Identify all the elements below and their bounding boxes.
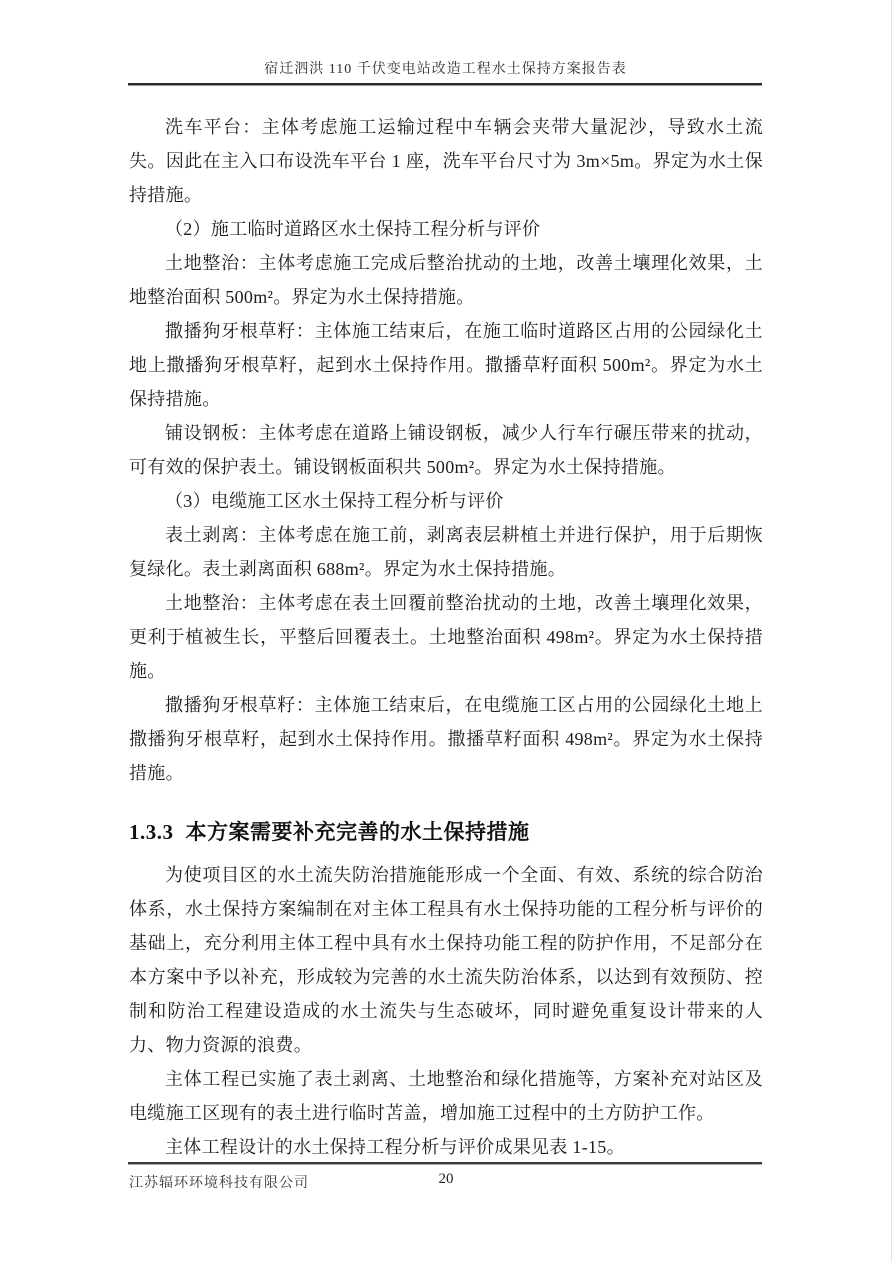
footer-rule xyxy=(128,1162,762,1165)
paragraph-land-regulation-road: 土地整治：主体考虑施工完成后整治扰动的土地，改善土壤理化效果，土地整治面积 50… xyxy=(129,246,763,314)
header-rule xyxy=(128,83,762,86)
paragraph-grass-seed-road: 撒播狗牙根草籽：主体施工结束后，在施工临时道路区占用的公园绿化土地上撒播狗牙根草… xyxy=(129,314,763,416)
paragraph-grass-seed-cable: 撒播狗牙根草籽：主体施工结束后，在电缆施工区占用的公园绿化土地上撒播狗牙根草籽，… xyxy=(129,688,763,790)
document-page: 宿迁泗洪 110 千伏变电站改造工程水土保持方案报告表 洗车平台：主体考虑施工运… xyxy=(0,0,892,1262)
paragraph-item-2-title: （2）施工临时道路区水土保持工程分析与评价 xyxy=(129,212,763,246)
paragraph-supplement-system: 为使项目区的水土流失防治措施能形成一个全面、有效、系统的综合防治体系，水土保持方… xyxy=(129,858,763,1062)
section-heading: 1.3.3本方案需要补充完善的水土保持措施 xyxy=(129,812,763,852)
paragraph-table-reference: 主体工程设计的水土保持工程分析与评价成果见表 1-15。 xyxy=(129,1130,763,1164)
paragraph-steel-plate: 铺设钢板：主体考虑在道路上铺设钢板，减少人行车行碾压带来的扰动，可有效的保护表土… xyxy=(129,416,763,484)
paragraph-land-regulation-cable: 土地整治：主体考虑在表土回覆前整治扰动的土地，改善土壤理化效果，更利于植被生长，… xyxy=(129,586,763,688)
paragraph-wash-platform: 洗车平台：主体考虑施工运输过程中车辆会夹带大量泥沙，导致水土流失。因此在主入口布… xyxy=(129,110,763,212)
document-body: 洗车平台：主体考虑施工运输过程中车辆会夹带大量泥沙，导致水土流失。因此在主入口布… xyxy=(129,110,763,1164)
section-heading-number: 1.3.3 xyxy=(129,820,174,844)
paragraph-main-project-measures: 主体工程已实施了表土剥离、土地整治和绿化措施等，方案补充对站区及电缆施工区现有的… xyxy=(129,1062,763,1130)
running-header-title: 宿迁泗洪 110 千伏变电站改造工程水土保持方案报告表 xyxy=(0,58,891,78)
footer-page-number: 20 xyxy=(0,1171,892,1188)
section-heading-title: 本方案需要补充完善的水土保持措施 xyxy=(186,820,530,844)
paragraph-topsoil-strip: 表土剥离：主体考虑在施工前，剥离表层耕植土并进行保护，用于后期恢复绿化。表土剥离… xyxy=(129,518,763,586)
paragraph-item-3-title: （3）电缆施工区水土保持工程分析与评价 xyxy=(129,484,763,518)
